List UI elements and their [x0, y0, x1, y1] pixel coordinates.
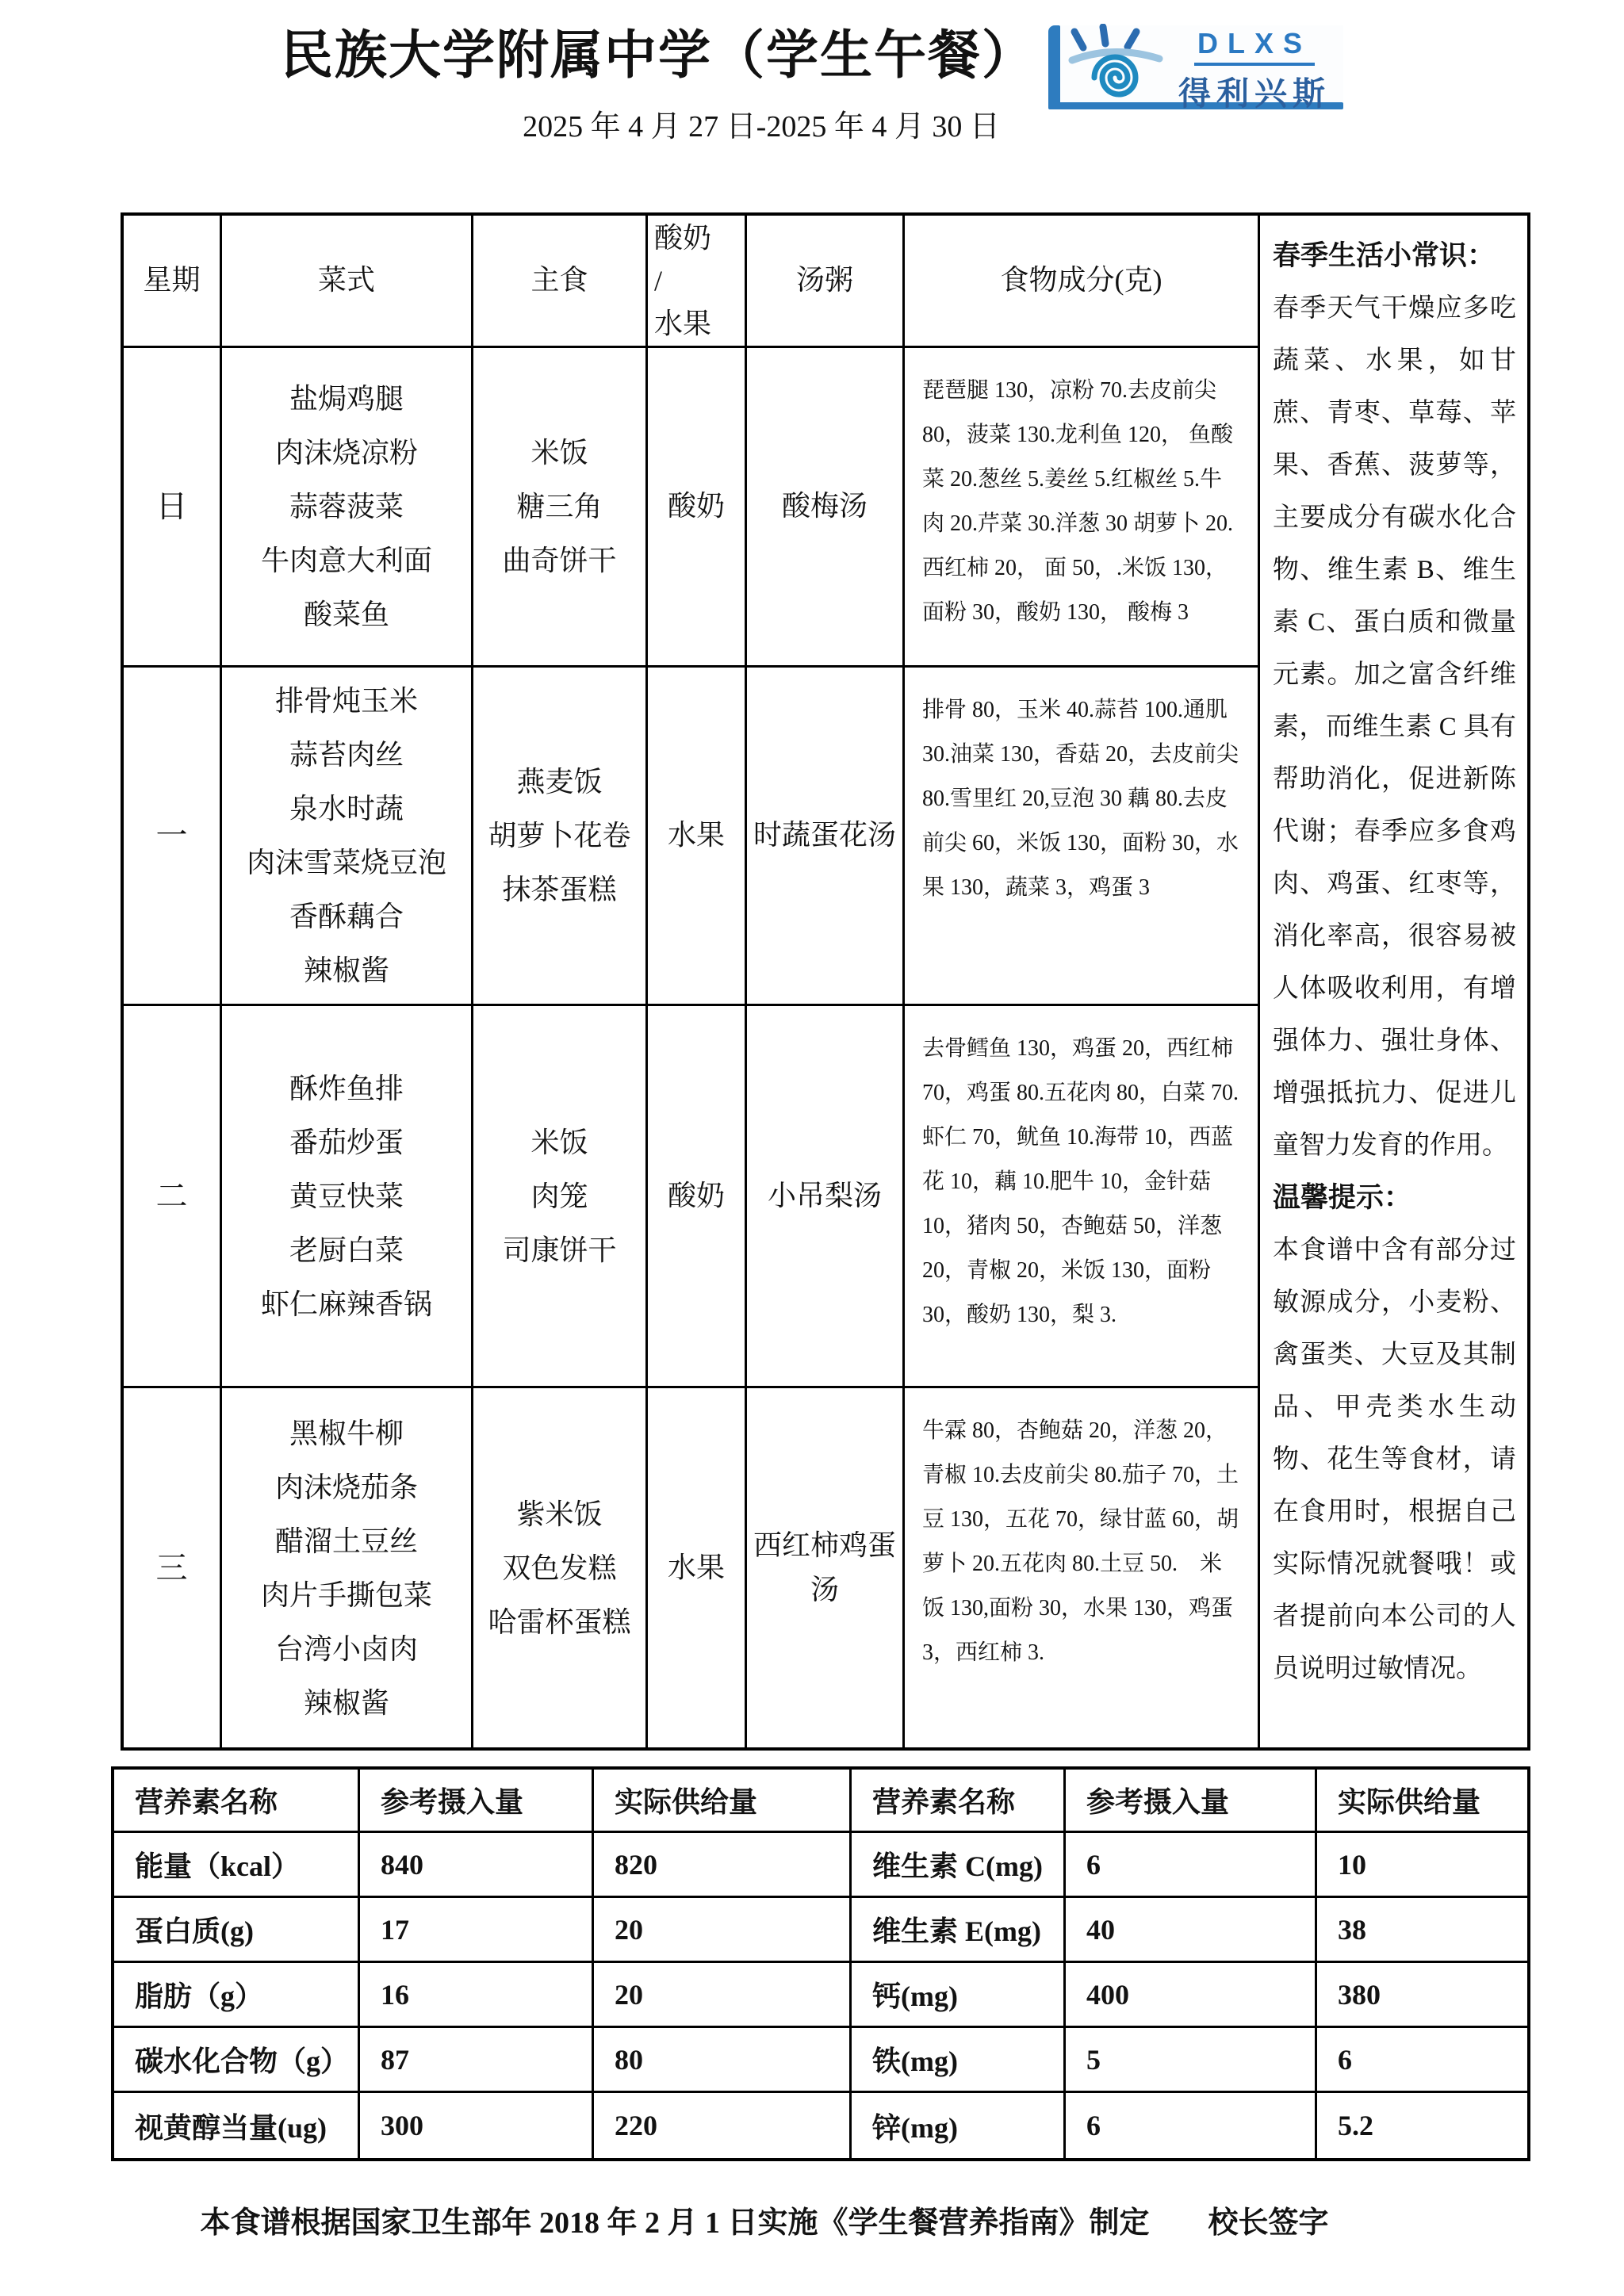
composition-cell: 去骨鳕鱼 130，鸡蛋 20，西红柿 70，鸡蛋 80.五花肉 80，白菜 70…	[905, 1006, 1260, 1388]
principal-signature-label: 校长签字	[1208, 2198, 1329, 2241]
weekday-cell: 三	[124, 1388, 222, 1747]
reference-intake-cell: 87	[360, 2028, 594, 2093]
reference-intake-cell: 840	[360, 1833, 594, 1898]
staple-cell: 米饭 糖三角 曲奇饼干	[473, 348, 648, 668]
tips-body: 春季天气干燥应多吃蔬菜、水果，如甘蔗、青枣、草莓、苹果、香蕉、菠萝等，主要成分有…	[1273, 282, 1516, 1172]
nutrient-name-cell: 钙(mg)	[852, 1963, 1066, 2028]
actual-supply-cell: 38	[1317, 1898, 1527, 1963]
yogurt-fruit-cell: 酸奶	[648, 1006, 747, 1388]
nutrient-name-cell: 维生素 C(mg)	[852, 1833, 1066, 1898]
nutrient-name-cell: 蛋白质(g)	[114, 1898, 360, 1963]
header: 民族大学附属中学（学生午餐） DLXS 得利兴斯	[0, 21, 1624, 109]
actual-supply-header: 实际供给量	[1317, 1770, 1527, 1833]
company-logo: DLXS 得利兴斯	[1048, 25, 1343, 109]
col-header-soup: 汤粥	[747, 216, 905, 348]
soup-cell: 酸梅汤	[747, 348, 905, 668]
dishes-cell: 排骨炖玉米 蒜苔肉丝 泉水时蔬 肉沫雪菜烧豆泡 香酥藕合 辣椒酱	[222, 668, 473, 1006]
staple-cell: 米饭 肉笼 司康饼干	[473, 1006, 648, 1388]
composition-cell: 琵琶腿 130，凉粉 70.去皮前尖 80，菠菜 130.龙利鱼 120， 鱼酸…	[905, 348, 1260, 668]
actual-supply-cell: 380	[1317, 1963, 1527, 2028]
soup-cell: 西红柿鸡蛋汤	[747, 1388, 905, 1747]
staple-cell: 紫米饭 双色发糕 哈雷杯蛋糕	[473, 1388, 648, 1747]
soup-cell: 小吊梨汤	[747, 1006, 905, 1388]
weekday-cell: 一	[124, 668, 222, 1006]
date-range: 2025 年 4 月 27 日-2025 年 4 月 30 日	[0, 101, 1573, 145]
actual-supply-cell: 220	[594, 2093, 852, 2158]
menu-table: 星期 菜式 主食 酸奶 / 水果 汤粥 食物成分(克) 春季生活小常识： 春季天…	[121, 212, 1530, 1751]
tips-notice-body: 本食谱中含有部分过敏源成分，小麦粉、禽蛋类、大豆及其制品、甲壳类水生动物、花生等…	[1273, 1224, 1516, 1695]
page-title: 民族大学附属中学（学生午餐）	[281, 21, 1036, 91]
reference-intake-cell: 6	[1066, 2093, 1317, 2158]
reference-intake-header: 参考摄入量	[1066, 1770, 1317, 1833]
nutrient-name-cell: 碳水化合物（g）	[114, 2028, 360, 2093]
actual-supply-cell: 6	[1317, 2028, 1527, 2093]
composition-cell: 牛霖 80，杏鲍菇 20，洋葱 20，青椒 10.去皮前尖 80.茄子 70，土…	[905, 1388, 1260, 1747]
actual-supply-cell: 820	[594, 1833, 852, 1898]
footer: 本食谱根据国家卫生部年 2018 年 2 月 1 日实施《学生餐营养指南》制定 …	[0, 2198, 1576, 2241]
reference-intake-header: 参考摄入量	[360, 1770, 594, 1833]
nutrient-name-cell: 维生素 E(mg)	[852, 1898, 1066, 1963]
nutrient-name-cell: 铁(mg)	[852, 2028, 1066, 2093]
actual-supply-cell: 20	[594, 1898, 852, 1963]
nutrient-name-cell: 能量（kcal）	[114, 1833, 360, 1898]
tips-panel: 春季生活小常识： 春季天气干燥应多吃蔬菜、水果，如甘蔗、青枣、草莓、苹果、香蕉、…	[1260, 216, 1527, 1747]
reference-intake-cell: 40	[1066, 1898, 1317, 1963]
col-header-yogurt-fruit: 酸奶 / 水果	[648, 216, 747, 348]
footer-note: 本食谱根据国家卫生部年 2018 年 2 月 1 日实施《学生餐营养指南》制定	[200, 2198, 1149, 2241]
yogurt-fruit-cell: 水果	[648, 1388, 747, 1747]
col-header-staple: 主食	[473, 216, 648, 348]
actual-supply-header: 实际供给量	[594, 1770, 852, 1833]
nutrient-name-cell: 锌(mg)	[852, 2093, 1066, 2158]
reference-intake-cell: 400	[1066, 1963, 1317, 2028]
tips-title: 春季生活小常识：	[1273, 230, 1516, 282]
logo-bracket-shape	[1048, 25, 1060, 109]
nutrient-name-cell: 脂肪（g）	[114, 1963, 360, 2028]
staple-cell: 燕麦饭 胡萝卜花卷 抹茶蛋糕	[473, 668, 648, 1006]
logo-letters: DLXS	[1194, 27, 1315, 66]
col-header-dishes: 菜式	[222, 216, 473, 348]
nutrient-name-cell: 视黄醇当量(ug)	[114, 2093, 360, 2158]
reference-intake-cell: 16	[360, 1963, 594, 2028]
actual-supply-cell: 20	[594, 1963, 852, 2028]
composition-cell: 排骨 80，玉米 40.蒜苔 100.通肌 30.油菜 130，香菇 20，去皮…	[905, 668, 1260, 1006]
reference-intake-cell: 6	[1066, 1833, 1317, 1898]
col-header-weekday: 星期	[124, 216, 222, 348]
nutrition-table: 营养素名称 参考摄入量 实际供给量 营养素名称 参考摄入量 实际供给量 能量（k…	[111, 1766, 1530, 2161]
reference-intake-cell: 5	[1066, 2028, 1317, 2093]
actual-supply-cell: 80	[594, 2028, 852, 2093]
dishes-cell: 盐焗鸡腿 肉沫烧凉粉 蒜蓉菠菜 牛肉意大利面 酸菜鱼	[222, 348, 473, 668]
weekday-cell: 二	[124, 1006, 222, 1388]
soup-cell: 时蔬蛋花汤	[747, 668, 905, 1006]
nutrient-name-header: 营养素名称	[114, 1770, 360, 1833]
actual-supply-cell: 5.2	[1317, 2093, 1527, 2158]
yogurt-fruit-cell: 酸奶	[648, 348, 747, 668]
weekday-cell: 日	[124, 348, 222, 668]
dishes-cell: 黑椒牛柳 肉沫烧茄条 醋溜土豆丝 肉片手撕包菜 台湾小卤肉 辣椒酱	[222, 1388, 473, 1747]
dishes-cell: 酥炸鱼排 番茄炒蛋 黄豆快菜 老厨白菜 虾仁麻辣香锅	[222, 1006, 473, 1388]
reference-intake-cell: 17	[360, 1898, 594, 1963]
tips-notice-title: 温馨提示：	[1273, 1172, 1516, 1224]
eye-swirl-icon	[1067, 24, 1166, 106]
actual-supply-cell: 10	[1317, 1833, 1527, 1898]
reference-intake-cell: 300	[360, 2093, 594, 2158]
col-header-composition: 食物成分(克)	[905, 216, 1260, 348]
nutrient-name-header: 营养素名称	[852, 1770, 1066, 1833]
yogurt-fruit-cell: 水果	[648, 668, 747, 1006]
